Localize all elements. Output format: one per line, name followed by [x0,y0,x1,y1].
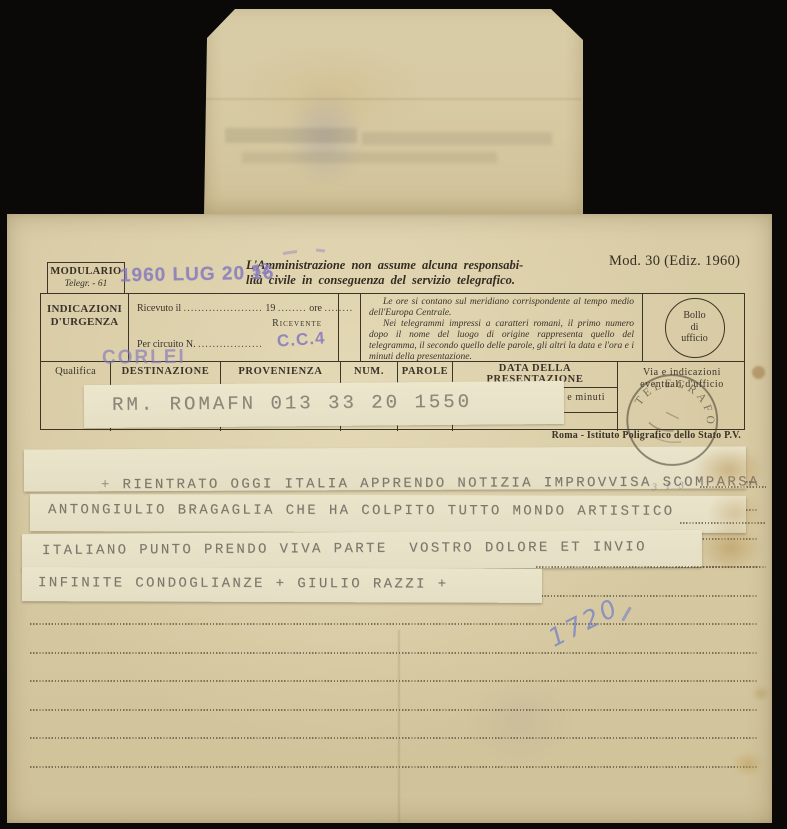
telegram-flap [204,9,583,217]
disclaimer-line2: lità civile in conseguenza del servizio … [246,273,515,287]
message-tape-3: ITALIANO PUNTO PRENDO VIVA PARTE VOSTRO … [22,530,702,571]
ruled-line [30,737,758,739]
received-label: Ricevuto il [137,303,181,314]
paper-crease [398,630,400,823]
disclaimer-text: L'Amministrazione non assume alcuna resp… [246,258,548,287]
modulario-sublabel: Telegr. - 61 [65,278,108,290]
spacer-cell [339,294,361,361]
message-tape-4: INFINITE CONDOGLIANZE + GIULIO RAZZI + [22,567,542,603]
routing-text: RM. ROMAFN 013 33 20 1550 [112,391,472,416]
circuit-stamp: C.C.4 [276,328,326,351]
modulario-label: MODULARIO [50,266,121,278]
leader-dots: ........ [278,303,307,314]
message-prefix-mark: + [101,477,112,493]
bollo-line2: di [691,322,699,334]
urgency-line2: D'URGENZA [51,316,119,329]
ruled-line [30,766,758,768]
received-date-stamp-minutes: 53 [251,261,272,282]
message-tape-2: ANTONGIULIO BRAGAGLIA CHE HA COLPITO TUT… [30,494,746,533]
message-line-2: ANTONGIULIO BRAGAGLIA CHE HA COLPITO TUT… [48,502,675,520]
notice-para2: Nei telegrammi impressi a caratteri roma… [369,319,634,363]
flap-crease [206,98,581,100]
leader-dots: .................. [198,339,263,350]
office-name-stamp: CORLEI [102,346,186,370]
disclaimer-line1: L'Amministrazione non assume alcuna resp… [246,258,523,272]
received-line: Ricevuto il ...................... 19 ..… [137,303,353,314]
office-seal-circle: Bollo di ufficio [665,298,725,358]
bollo-line1: Bollo [683,310,705,322]
message-line-4: INFINITE CONDOGLIANZE + GIULIO RAZZI + [38,575,449,592]
notice-para1: Le ore si contano sul meridiano corrispo… [369,297,634,319]
bollo-line3: ufficio [681,333,707,345]
ruled-line [30,623,758,625]
hour-label: ore [309,303,322,314]
message-line-3: ITALIANO PUNTO PRENDO VIVA PARTE VOSTRO … [42,539,647,559]
ricevente-label: Ricevente [272,318,322,329]
leader-dots: ...................... [184,303,263,314]
ruled-line-fragment [536,566,766,568]
form-edition-label: Mod. 30 (Ediz. 1960) [609,253,740,270]
ruled-line [30,709,758,711]
year-prefix: 19 [265,303,275,314]
routing-tape: RM. ROMAFN 013 33 20 1550 [84,381,564,428]
bollo-cell: Bollo di ufficio [643,294,746,361]
urgency-line1: INDICAZIONI [47,303,122,316]
notice-cell: Le ore si contano sul meridiano corrispo… [361,294,643,361]
telegram-photo: MODULARIO Telegr. - 61 1960 LUG 20 16 53… [0,0,787,829]
ruled-line-fragment [680,522,766,524]
ruled-line [30,652,758,654]
modulario-box: MODULARIO Telegr. - 61 [47,262,125,294]
ruled-line [30,680,758,682]
